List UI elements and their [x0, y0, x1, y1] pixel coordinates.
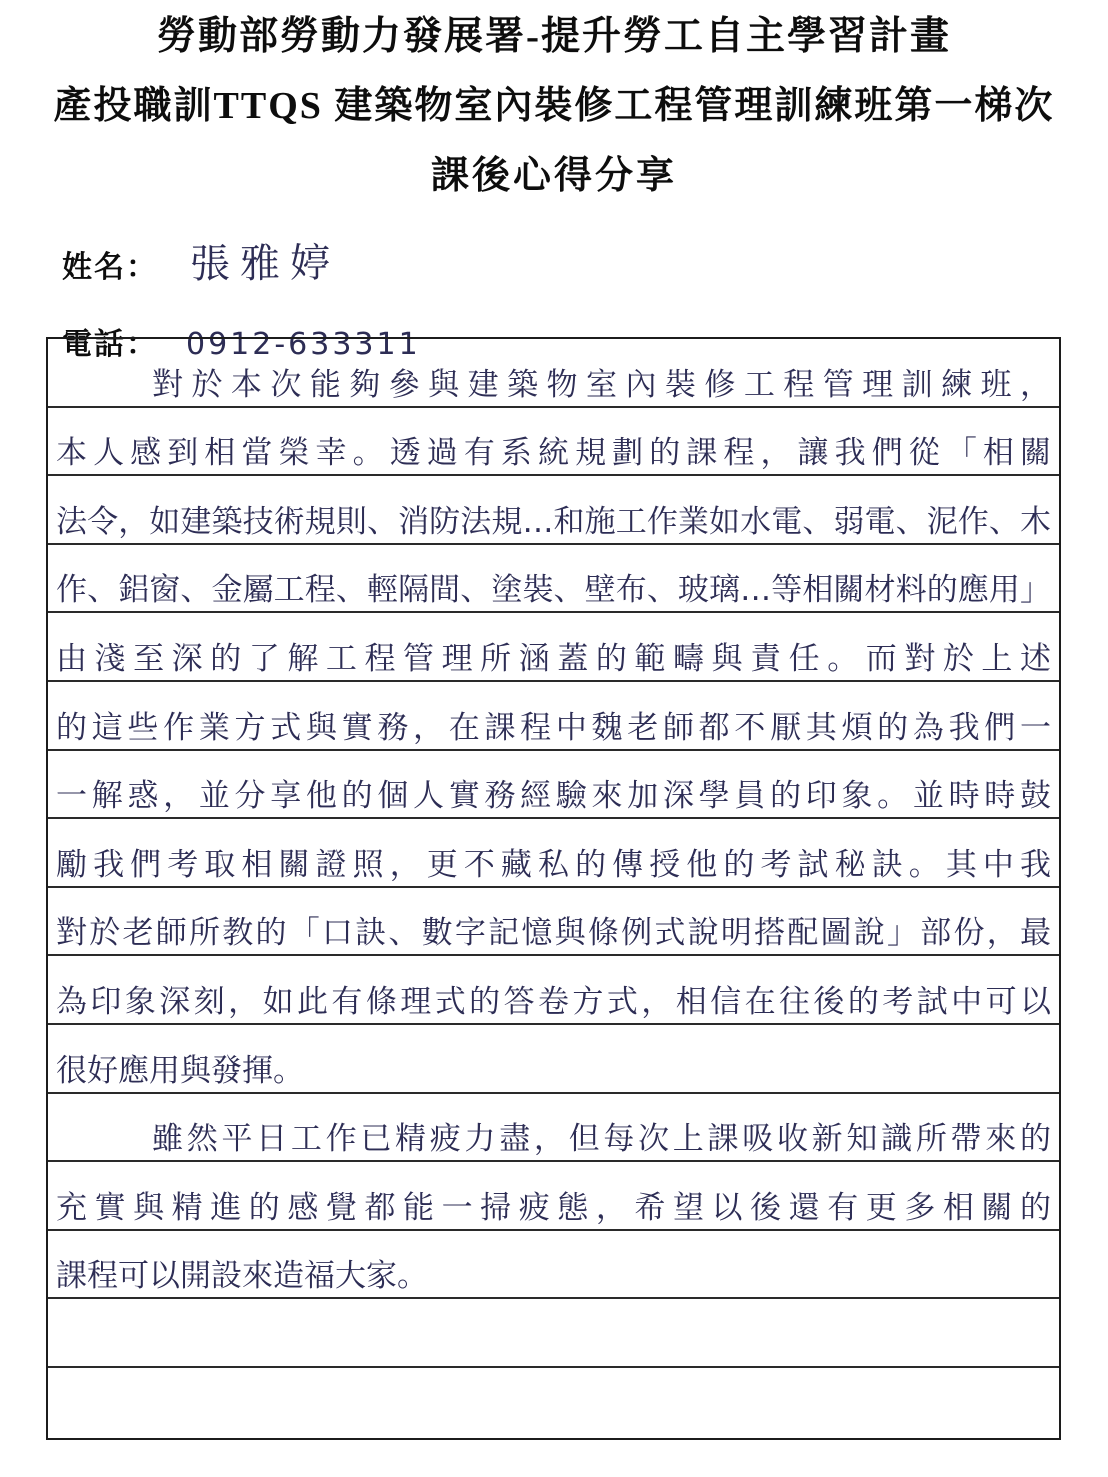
- essay-line-text: 對於老師所教的「口訣、數字記憶與條例式說明搭配圖說」部份，最: [56, 913, 1051, 953]
- essay-line-text: 課程可以開設來造福大家。: [56, 1256, 1051, 1296]
- essay-line-text: 充實與精進的感覺都能一掃疲態，希望以後還有更多相關的: [56, 1188, 1051, 1228]
- essay-line-text: 一解惑，並分享他的個人實務經驗來加深學員的印象。並時時鼓: [56, 776, 1051, 816]
- essay-line-text: 法令，如建築技術規則、消防法規…和施工作業如水電、弱電、泥作、木: [56, 502, 1051, 542]
- essay-row: 由淺至深的了解工程管理所涵蓋的範疇與責任。而對於上述: [48, 613, 1059, 682]
- scanned-feedback-form: 勞動部勞動力發展署-提升勞工自主學習計畫 產投職訓TTQS 建築物室內裝修工程管…: [0, 0, 1108, 1477]
- essay-row: 作、鋁窗、金屬工程、輕隔間、塗裝、壁布、玻璃…等相關材料的應用」: [48, 545, 1059, 614]
- title-line-3: 課後心得分享: [0, 152, 1108, 200]
- title-line-1: 勞動部勞動力發展署-提升勞工自主學習計畫: [0, 0, 1108, 62]
- essay-line-text: 為印象深刻，如此有條理式的答卷方式，相信在往後的考試中可以: [56, 982, 1051, 1022]
- name-field: 姓名： 張雅婷: [62, 232, 1108, 289]
- name-label: 姓名：: [62, 242, 158, 286]
- essay-row: 對於本次能夠參與建築物室內裝修工程管理訓練班，: [48, 339, 1059, 408]
- essay-line-text: 很好應用與發揮。: [56, 1051, 1051, 1091]
- essay-row: 對於老師所教的「口訣、數字記憶與條例式說明搭配圖說」部份，最: [48, 888, 1059, 957]
- essay-box: 對於本次能夠參與建築物室內裝修工程管理訓練班， 本人感到相當榮幸。透過有系統規劃…: [46, 337, 1061, 1440]
- essay-row: 本人感到相當榮幸。透過有系統規劃的課程，讓我們從「相關: [48, 408, 1059, 477]
- essay-row: [48, 1299, 1059, 1368]
- essay-line-text: 由淺至深的了解工程管理所涵蓋的範疇與責任。而對於上述: [56, 639, 1051, 679]
- essay-row: 為印象深刻，如此有條理式的答卷方式，相信在往後的考試中可以: [48, 956, 1059, 1025]
- essay-line-text: 對於本次能夠參與建築物室內裝修工程管理訓練班，: [152, 365, 1051, 405]
- essay-row: 課程可以開設來造福大家。: [48, 1231, 1059, 1300]
- essay-line-text: 本人感到相當榮幸。透過有系統規劃的課程，讓我們從「相關: [56, 433, 1051, 473]
- essay-row: 法令，如建築技術規則、消防法規…和施工作業如水電、弱電、泥作、木: [48, 476, 1059, 545]
- essay-row: [48, 1368, 1059, 1437]
- essay-row: 很好應用與發揮。: [48, 1025, 1059, 1094]
- essay-line-text: 作、鋁窗、金屬工程、輕隔間、塗裝、壁布、玻璃…等相關材料的應用」: [56, 570, 1051, 610]
- essay-line-text: 勵我們考取相關證照，更不藏私的傳授他的考試秘訣。其中我: [56, 845, 1051, 885]
- name-value: 張雅婷: [190, 231, 340, 289]
- essay-row: 充實與精進的感覺都能一掃疲態，希望以後還有更多相關的: [48, 1162, 1059, 1231]
- essay-row: 的這些作業方式與實務，在課程中魏老師都不厭其煩的為我們一: [48, 682, 1059, 751]
- title-line-2: 產投職訓TTQS 建築物室內裝修工程管理訓練班第一梯次: [0, 82, 1108, 130]
- essay-line-text: 雖然平日工作已精疲力盡，但每次上課吸收新知識所帶來的: [152, 1119, 1051, 1159]
- essay-row: 雖然平日工作已精疲力盡，但每次上課吸收新知識所帶來的: [48, 1094, 1059, 1163]
- essay-line-text: 的這些作業方式與實務，在課程中魏老師都不厭其煩的為我們一: [56, 708, 1051, 748]
- essay-row: 勵我們考取相關證照，更不藏私的傳授他的考試秘訣。其中我: [48, 819, 1059, 888]
- essay-row: 一解惑，並分享他的個人實務經驗來加深學員的印象。並時時鼓: [48, 751, 1059, 820]
